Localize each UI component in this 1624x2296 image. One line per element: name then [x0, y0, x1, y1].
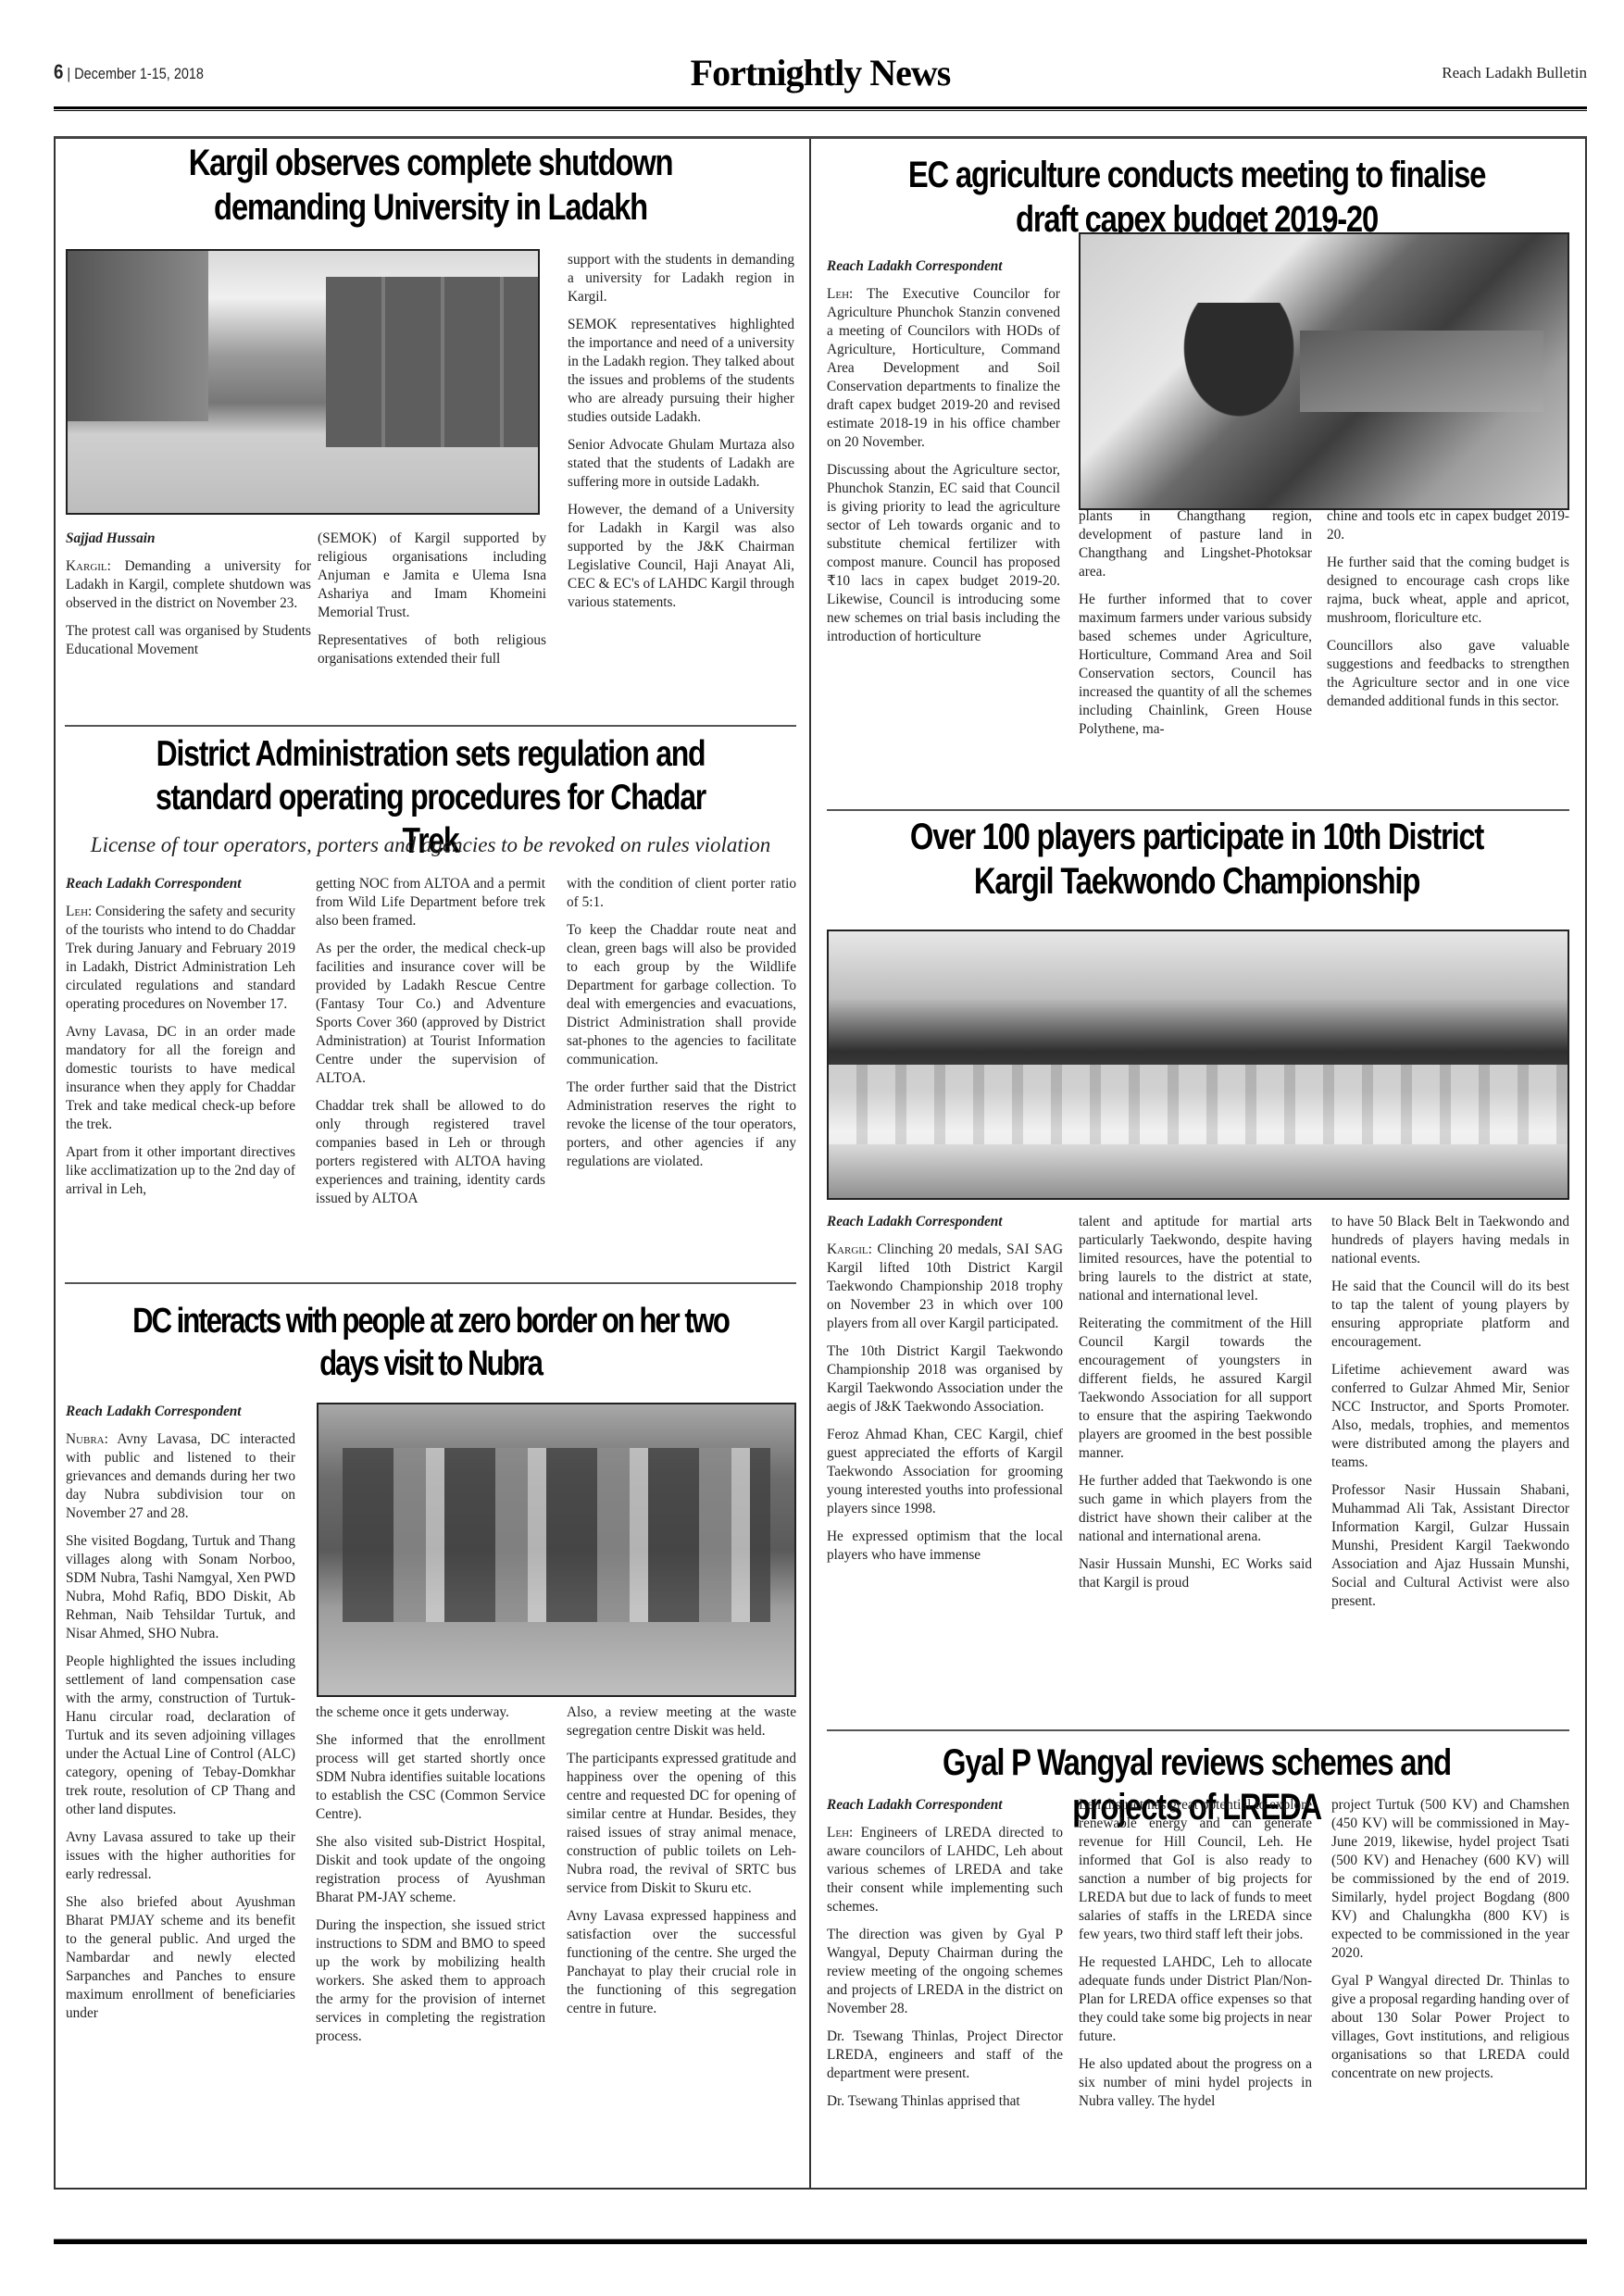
masthead-rule — [54, 106, 1587, 111]
byline: Reach Ladakh Correspondent — [66, 875, 295, 893]
photo-kargil-street — [66, 249, 540, 515]
section-title: Fortnightly News — [54, 51, 1587, 94]
publication-name: Reach Ladakh Bulletin — [1442, 64, 1587, 82]
article-column-2: plants in Changthang region, development… — [1079, 507, 1312, 748]
byline: Sajjad Hussain — [66, 530, 311, 548]
dateline: Leh — [827, 1825, 849, 1841]
byline: Reach Ladakh Correspondent — [827, 1213, 1063, 1231]
article-column-2: the scheme once it gets underway. She in… — [316, 1703, 545, 2055]
article-column-3: support with the students in demanding a… — [568, 251, 794, 621]
article-column-1: Sajjad Hussain Kargil: Demanding a unive… — [66, 530, 311, 668]
article-column-1: Reach Ladakh Correspondent Leh: The Exec… — [827, 257, 1060, 655]
section-rule — [65, 1282, 796, 1284]
article-column-3: to have 50 Black Belt in Taekwondo and h… — [1331, 1213, 1569, 1620]
article-column-2: (SEMOK) of Kargil supported by religious… — [318, 530, 546, 678]
section-rule — [827, 809, 1569, 811]
byline: Reach Ladakh Correspondent — [66, 1403, 295, 1421]
article-column-3: Also, a review meeting at the waste segr… — [567, 1703, 796, 2028]
headline: EC agriculture conducts meeting to final… — [887, 153, 1505, 242]
article-column-3: chine and tools etc in capex budget 2019… — [1327, 507, 1569, 720]
headline: Over 100 players participate in 10th Dis… — [887, 815, 1505, 904]
section-rule — [827, 1729, 1569, 1731]
article-column-2: talent and aptitude for martial arts par… — [1079, 1213, 1312, 1602]
dateline: Kargil — [827, 1242, 868, 1257]
section-rule — [65, 725, 796, 727]
article-column-2: Leh district has great potential to expl… — [1079, 1796, 1312, 2120]
photo-agriculture-meeting — [1079, 232, 1569, 510]
article-column-2: getting NOC from ALTOA and a permit from… — [316, 875, 545, 1217]
photo-nubra-visit — [317, 1403, 796, 1697]
dateline: Leh — [827, 286, 849, 302]
article-column-1: Reach Ladakh Correspondent Leh: Engineer… — [827, 1796, 1063, 2120]
photo-taekwondo-players — [827, 930, 1569, 1200]
subheadline: License of tour operators, porters and a… — [65, 833, 796, 857]
article-column-1: Reach Ladakh Correspondent Leh: Consider… — [66, 875, 295, 1208]
footer-rule — [54, 2239, 1587, 2244]
byline: Reach Ladakh Correspondent — [827, 257, 1060, 276]
article-column-3: with the condition of client porter rati… — [567, 875, 796, 1180]
dateline: Nubra — [66, 1431, 105, 1447]
column-divider — [809, 139, 811, 2190]
article-column-1: Reach Ladakh Correspondent Kargil: Clinc… — [827, 1213, 1063, 1574]
headline: Kargil observes complete shutdown demand… — [131, 141, 731, 230]
headline: DC interacts with people at zero border … — [131, 1301, 731, 1385]
article-column-3: project Turtuk (500 KV) and Chamshen (45… — [1331, 1796, 1569, 2092]
article-column-1: Reach Ladakh Correspondent Nubra: Avny L… — [66, 1403, 295, 2032]
dateline: Leh — [66, 904, 88, 919]
dateline: Kargil — [66, 558, 107, 574]
byline: Reach Ladakh Correspondent — [827, 1796, 1063, 1815]
masthead: 6 | December 1-15, 2018 Fortnightly News… — [54, 51, 1587, 111]
